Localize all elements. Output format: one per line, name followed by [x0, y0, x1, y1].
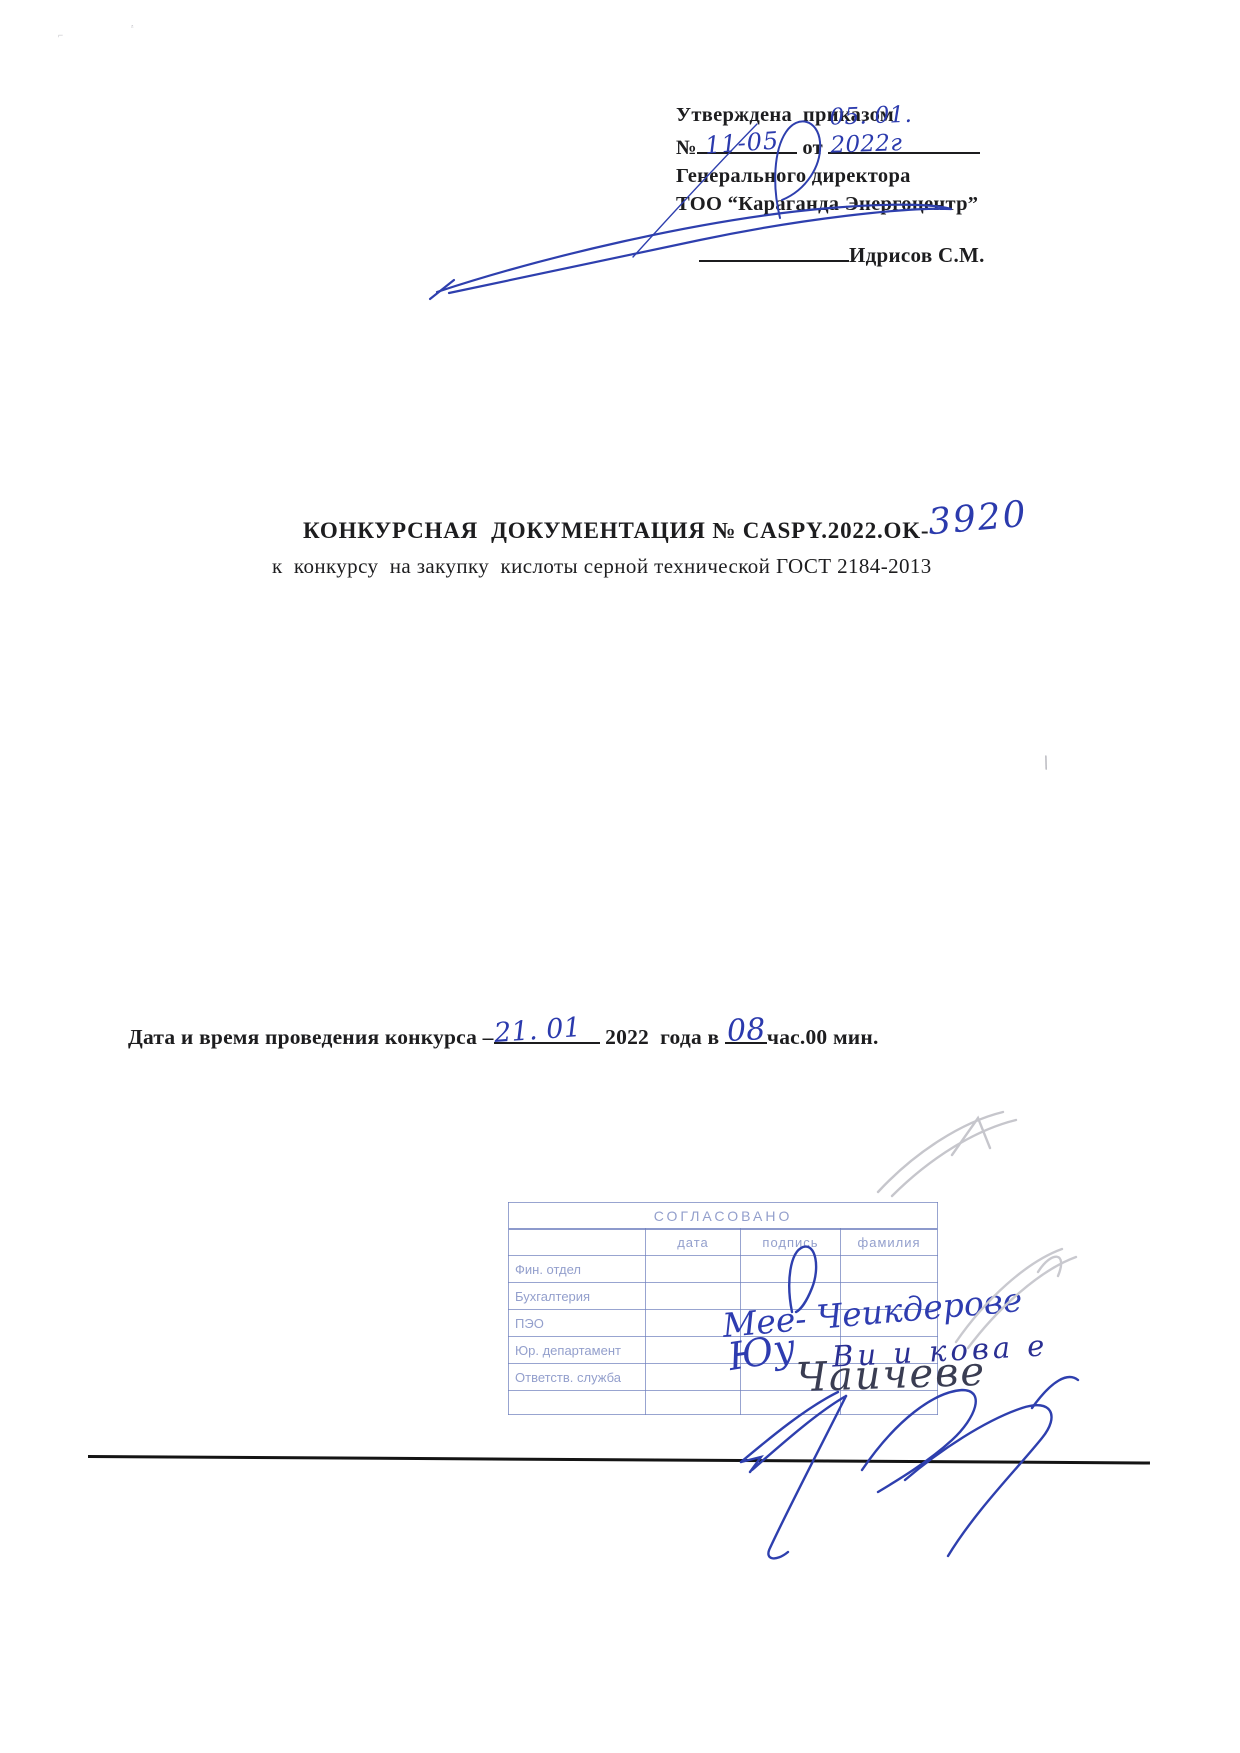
- schedule-date-handwritten: 21. 01: [493, 1012, 582, 1049]
- scan-speck: ᶻ: [131, 22, 133, 32]
- from-label: от: [797, 137, 829, 159]
- signature-blank: [699, 234, 849, 262]
- schedule-suffix: час.00 мин.: [767, 1025, 879, 1049]
- approval-line-3: Генерального директора: [676, 162, 980, 190]
- order-number-handwritten: 11-05: [704, 126, 780, 159]
- agreement-col-blank: [509, 1229, 646, 1256]
- schedule-date-blank: 21. 01: [494, 1016, 600, 1044]
- document-title: КОНКУРСНАЯ ДОКУМЕНТАЦИЯ № CASPY.2022.OK-: [303, 518, 929, 544]
- agreement-row-label: ПЭО: [509, 1310, 646, 1337]
- order-number-blank: 11-05: [697, 129, 797, 154]
- document-subtitle: к конкурсу на закупку кислоты серной тех…: [272, 554, 932, 579]
- schedule-middle: 2022 года в: [600, 1025, 725, 1049]
- order-date-blank: 05. 01. 2022г: [828, 129, 980, 154]
- scan-stray-mark: \: [1040, 752, 1052, 776]
- agreement-col-signature: подпись: [741, 1229, 841, 1256]
- approval-block: Утверждена приказом №11-05 от 05. 01. 20…: [676, 101, 980, 218]
- schedule-hour-handwritten: 08: [726, 1012, 766, 1049]
- agreement-row-empty: [509, 1391, 646, 1415]
- agreement-col-date: дата: [646, 1229, 741, 1256]
- approval-number-line: №11-05 от 05. 01. 2022г: [676, 129, 980, 162]
- order-date-handwritten: 05. 01. 2022г: [829, 98, 981, 159]
- signature-scribble-3: Чаичеве: [795, 1349, 987, 1402]
- scan-speck: ⌐: [58, 30, 63, 40]
- agreement-col-surname: фамилия: [841, 1229, 938, 1256]
- signer-name: Идрисов С.М.: [849, 243, 985, 267]
- agreement-row-label: Бухгалтерия: [509, 1283, 646, 1310]
- title-number-handwritten: 3920: [926, 494, 1029, 544]
- pencil-signature-upper: [878, 1112, 1016, 1196]
- scanned-document-page: ⌐ ᶻ \ Утверждена приказом №11-05 от 05. …: [0, 0, 1240, 1753]
- agreement-row-label: Юр. департамент: [509, 1337, 646, 1364]
- number-sign-label: №: [676, 137, 697, 159]
- schedule-prefix: Дата и время проведения конкурса –: [128, 1025, 494, 1049]
- agreement-row-label: Фин. отдел: [509, 1256, 646, 1283]
- agreement-table-title: СОГЛАСОВАНО: [509, 1203, 938, 1230]
- signer-row: Идрисов С.М.: [699, 234, 985, 268]
- agreement-row-label: Ответств. служба: [509, 1364, 646, 1391]
- schedule-line: Дата и время проведения конкурса –21. 01…: [128, 1016, 879, 1050]
- bottom-rule: [88, 1455, 1150, 1465]
- approval-line-4: ТОО “Караганда Энергоцентр”: [676, 190, 980, 218]
- schedule-hour-blank: 08: [725, 1016, 767, 1044]
- ink-strokes-overlay: [0, 0, 1240, 1753]
